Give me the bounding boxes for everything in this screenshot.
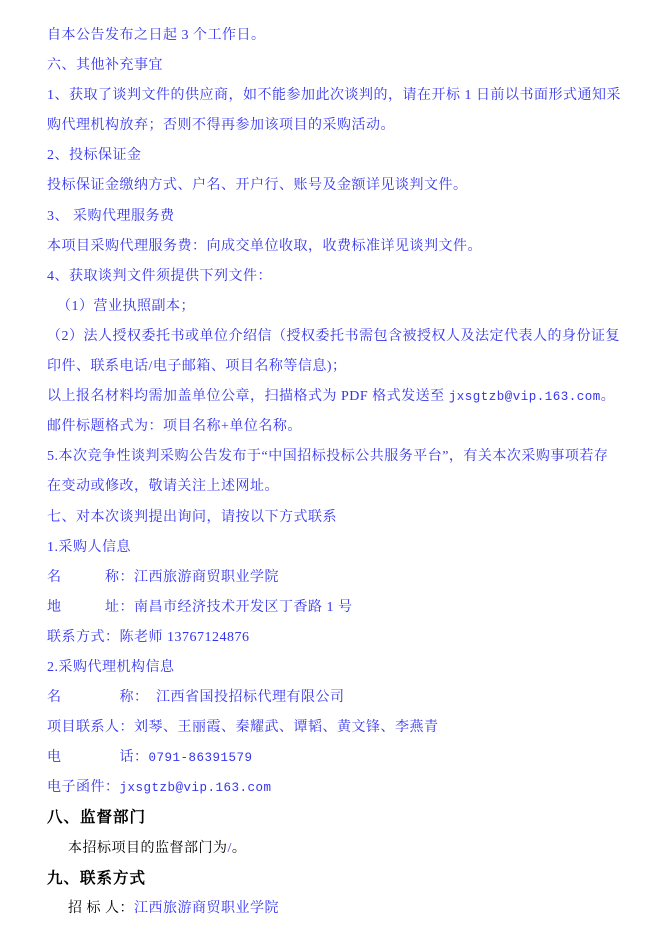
notice-period-line: 自本公告发布之日起 3 个工作日。	[47, 21, 615, 51]
text-segment: 3、 采购代理服务费	[47, 209, 175, 224]
text-segment: 2.采购代理机构信息	[47, 660, 175, 675]
item-4-sub-2-line-2: 印件、联系电话/电子邮箱、项目名称等信息)；	[47, 352, 615, 382]
text-segment: 1.采购人信息	[47, 540, 131, 555]
purchaser-name-line: 名 称：江西旅游商贸职业学院	[47, 563, 615, 593]
item-2-body: 投标保证金缴纳方式、户名、开户行、账号及金额详见谈判文件。	[47, 171, 615, 201]
text-segment: 电子函件：	[47, 780, 120, 795]
text-segment: （2）法人授权委托书或单位介绍信（授权委托书需包含被授权人及法定代表人的身份证复	[47, 329, 620, 344]
purchaser-address-line: 地 址：南昌市经济技术开发区丁香路 1 号	[47, 593, 615, 623]
item-4-sub-2-line-1: （2）法人授权委托书或单位介绍信（授权委托书需包含被授权人及法定代表人的身份证复	[47, 322, 615, 352]
text-segment: 投标保证金缴纳方式、户名、开户行、账号及金额详见谈判文件。	[47, 178, 468, 193]
text-segment: 名 称：江西旅游商贸职业学院	[47, 570, 279, 585]
text-segment: 1、获取了谈判文件的供应商，如不能参加此次谈判的，请在开标 1 日前以书面形式通…	[47, 88, 621, 103]
agency-email-line: 电子函件：jxsgtzb@vip.163.com	[47, 773, 615, 803]
mail-subject-format-line: 邮件标题格式为：项目名称+单位名称。	[47, 412, 615, 442]
item-1-line-2: 购代理机构放弃；否则不得再参加该项目的采购活动。	[47, 111, 615, 141]
item-3-body: 本项目采购代理服务费：向成交单位收取，收费标准详见谈判文件。	[47, 232, 615, 262]
agency-info-heading: 2.采购代理机构信息	[47, 653, 615, 683]
text-segment: 自本公告发布之日起 3 个工作日。	[47, 28, 266, 43]
text-segment: 八、监督部门	[47, 809, 146, 826]
text-segment: 招 标 人：	[68, 901, 134, 916]
text-segment: jxsgtzb@vip.163.com	[449, 390, 601, 404]
text-segment: 电 话：	[47, 750, 149, 765]
text-segment: 地 址：南昌市经济技术开发区丁香路 1 号	[47, 600, 353, 615]
document-body: 自本公告发布之日起 3 个工作日。六、其他补充事宜1、获取了谈判文件的供应商，如…	[47, 21, 615, 924]
text-segment: 0791-86391579	[149, 751, 253, 765]
text-segment: 江西旅游商贸职业学院	[134, 901, 279, 916]
section-8-heading: 八、监督部门	[47, 803, 615, 833]
agency-contacts-line: 项目联系人：刘琴、王丽霞、秦耀武、谭韬、黄文锋、李燕青	[47, 713, 615, 743]
item-5-line-1: 5.本次竞争性谈判采购公告发布于“中国招标投标公共服务平台”，有关本次采购事项若…	[47, 442, 615, 472]
text-segment: 。	[601, 389, 616, 404]
text-segment: 2、投标保证金	[47, 148, 142, 163]
text-segment: 4、获取谈判文件须提供下列文件：	[47, 269, 272, 284]
item-3-heading: 3、 采购代理服务费	[47, 202, 615, 232]
purchaser-contact-line: 联系方式：陈老师 13767124876	[47, 623, 615, 653]
item-4-heading: 4、获取谈判文件须提供下列文件：	[47, 262, 615, 292]
item-2-heading: 2、投标保证金	[47, 141, 615, 171]
text-segment: 邮件标题格式为：项目名称+单位名称。	[47, 419, 302, 434]
agency-name-line: 名 称： 江西省国投招标代理有限公司	[47, 683, 615, 713]
text-segment: 本招标项目的监督部门为	[68, 841, 228, 856]
announcement-document-page: 自本公告发布之日起 3 个工作日。六、其他补充事宜1、获取了谈判文件的供应商，如…	[0, 0, 661, 940]
supervision-body-line: 本招标项目的监督部门为/。	[47, 834, 615, 864]
text-segment: 以上报名材料均需加盖单位公章，扫描格式为 PDF 格式发送至	[47, 389, 449, 404]
agency-phone-line: 电 话：0791-86391579	[47, 743, 615, 773]
text-segment: 六、其他补充事宜	[47, 58, 163, 73]
text-segment: 本项目采购代理服务费：向成交单位收取，收费标准详见谈判文件。	[47, 239, 482, 254]
text-segment: 印件、联系电话/电子邮箱、项目名称等信息)；	[47, 359, 347, 374]
text-segment: 七、对本次谈判提出询问，请按以下方式联系	[47, 510, 337, 525]
text-segment: 5.本次竞争性谈判采购公告发布于“中国招标投标公共服务平台”，有关本次采购事项若…	[47, 449, 608, 464]
section-6-heading: 六、其他补充事宜	[47, 51, 615, 81]
text-segment: 在变动或修改，敬请关注上述网址。	[47, 479, 279, 494]
text-segment: jxsgtzb@vip.163.com	[120, 781, 272, 795]
text-segment: 。	[232, 841, 247, 856]
item-4-sub-1: （1）营业执照副本；	[47, 292, 615, 322]
materials-email-line: 以上报名材料均需加盖单位公章，扫描格式为 PDF 格式发送至 jxsgtzb@v…	[47, 382, 615, 412]
section-9-heading: 九、联系方式	[47, 864, 615, 894]
text-segment: （1）营业执照副本；	[57, 299, 195, 314]
section-7-heading: 七、对本次谈判提出询问，请按以下方式联系	[47, 503, 615, 533]
text-segment: 九、联系方式	[47, 870, 146, 887]
purchaser-info-heading: 1.采购人信息	[47, 533, 615, 563]
text-segment: 项目联系人：刘琴、王丽霞、秦耀武、谭韬、黄文锋、李燕青	[47, 720, 439, 735]
tenderee-line: 招 标 人：江西旅游商贸职业学院	[47, 894, 615, 924]
text-segment: 联系方式：陈老师 13767124876	[47, 630, 250, 645]
item-5-line-2: 在变动或修改，敬请关注上述网址。	[47, 472, 615, 502]
text-segment: 购代理机构放弃；否则不得再参加该项目的采购活动。	[47, 118, 395, 133]
item-1-line-1: 1、获取了谈判文件的供应商，如不能参加此次谈判的，请在开标 1 日前以书面形式通…	[47, 81, 615, 111]
text-segment: 名 称： 江西省国投招标代理有限公司	[47, 690, 345, 705]
